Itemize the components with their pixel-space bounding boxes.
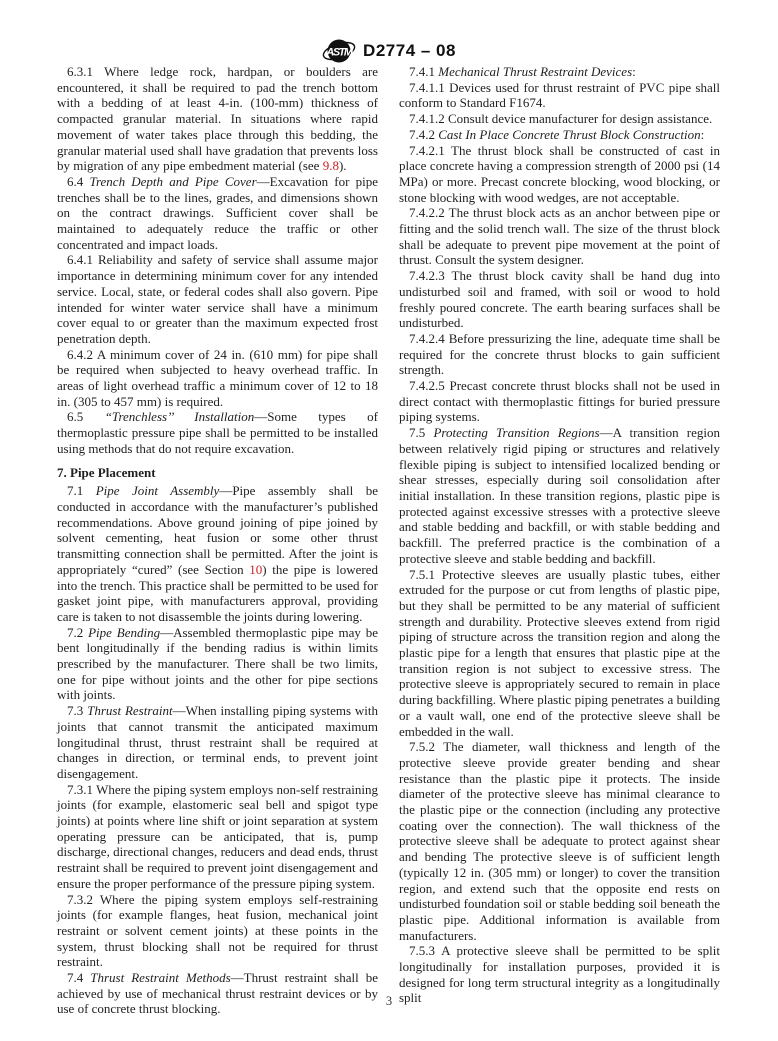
paragraph: 7.4.2.2 The thrust block acts as an anch… <box>399 205 720 268</box>
paragraph: 7.4.2.1 The thrust block shall be constr… <box>399 143 720 206</box>
body-text: 7.4.2.4 Before pressurizing the line, ad… <box>399 331 720 377</box>
clause-title: Protecting Transition Regions <box>433 425 599 440</box>
right-column: 7.4.1 Mechanical Thrust Restraint Device… <box>399 64 720 1017</box>
paragraph: 7.4.2.3 The thrust block cavity shall be… <box>399 268 720 331</box>
body-text: 7.4.2.2 The thrust block acts as an anch… <box>399 205 720 267</box>
paragraph: 7.3 Thrust Restraint—When installing pip… <box>57 703 378 782</box>
paragraph: 7.4.2.4 Before pressurizing the line, ad… <box>399 331 720 378</box>
body-text: : <box>632 64 636 79</box>
paragraph: 7.2 Pipe Bending—Assembled thermoplastic… <box>57 625 378 704</box>
body-text: 6.4.1 Reliability and safety of service … <box>57 252 378 346</box>
body-text: 7.1 <box>67 483 96 498</box>
clause-title: Cast In Place Concrete Thrust Block Cons… <box>438 127 700 142</box>
body-text: 7.4.2.3 The thrust block cavity shall be… <box>399 268 720 330</box>
paragraph: 7.4.1.2 Consult device manufacturer for … <box>399 111 720 127</box>
paragraph: 6.4.2 A minimum cover of 24 in. (610 mm)… <box>57 347 378 410</box>
body-text: 7.4.1.2 Consult device manufacturer for … <box>409 111 712 126</box>
body-text: 7.4 <box>67 970 90 985</box>
document-page: ASTM D2774 – 08 6.3.1 Where ledge rock, … <box>0 0 778 1041</box>
clause-title: Trench Depth and Pipe Cover <box>89 174 256 189</box>
paragraph: 6.4.1 Reliability and safety of service … <box>57 252 378 346</box>
left-column: 6.3.1 Where ledge rock, hardpan, or boul… <box>57 64 378 1017</box>
clause-title: Thrust Restraint Methods <box>90 970 230 985</box>
body-text: 7.5.1 Protective sleeves are usually pla… <box>399 567 720 739</box>
cross-reference-link[interactable]: 10 <box>249 562 262 577</box>
body-text: 7.5 <box>409 425 433 440</box>
body-text: 6.5 <box>67 409 105 424</box>
paragraph: 7.5 Protecting Transition Regions—A tran… <box>399 425 720 566</box>
body-text: 7.4.1 <box>409 64 438 79</box>
paragraph: 7.4.1.1 Devices used for thrust restrain… <box>399 80 720 111</box>
paragraph: 7.1 Pipe Joint Assembly—Pipe assembly sh… <box>57 483 378 624</box>
clause-title: Pipe Joint Assembly <box>96 483 220 498</box>
body-text: ). <box>339 158 347 173</box>
paragraph: 7.4.2.5 Precast concrete thrust blocks s… <box>399 378 720 425</box>
paragraph: 7.4.1 Mechanical Thrust Restraint Device… <box>399 64 720 80</box>
cross-reference-link[interactable]: 9.8 <box>323 158 339 173</box>
clause-title: Thrust Restraint <box>87 703 173 718</box>
two-column-body: 6.3.1 Where ledge rock, hardpan, or boul… <box>57 64 721 1017</box>
paragraph: 6.5 “Trenchless’’ Installation—Some type… <box>57 409 378 456</box>
body-text: 7.4.2 <box>409 127 438 142</box>
paragraph: 7.5.1 Protective sleeves are usually pla… <box>399 567 720 740</box>
body-text: 7.5.2 The diameter, wall thickness and l… <box>399 739 720 942</box>
page-number: 3 <box>386 994 392 1008</box>
body-text: : <box>701 127 705 142</box>
svg-text:ASTM: ASTM <box>325 47 354 59</box>
paragraph: 7.3.1 Where the piping system employs no… <box>57 782 378 892</box>
body-text: 7.4.2.1 The thrust block shall be constr… <box>399 143 720 205</box>
body-text: 7.2 <box>67 625 88 640</box>
body-text: 7.3 <box>67 703 87 718</box>
astm-logo: ASTM <box>322 36 356 66</box>
clause-title: “Trenchless’’ Installation <box>105 409 255 424</box>
body-text: 7.4.2.5 Precast concrete thrust blocks s… <box>399 378 720 424</box>
body-text: 7.3.1 Where the piping system employs no… <box>57 782 378 891</box>
paragraph: 7.3.2 Where the piping system employs se… <box>57 892 378 971</box>
body-text: 6.3.1 Where ledge rock, hardpan, or boul… <box>57 64 378 173</box>
body-text: 7.4.1.1 Devices used for thrust restrain… <box>399 80 720 111</box>
body-text: 7.3.2 Where the piping system employs se… <box>57 892 378 970</box>
clause-title: Pipe Bending <box>88 625 160 640</box>
paragraph: 7.4.2 Cast In Place Concrete Thrust Bloc… <box>399 127 720 143</box>
clause-title: Mechanical Thrust Restraint Devices <box>438 64 632 79</box>
section-heading: 7. Pipe Placement <box>57 465 378 481</box>
page-footer: 3 <box>0 994 778 1009</box>
paragraph: 6.4 Trench Depth and Pipe Cover—Excavati… <box>57 174 378 253</box>
paragraph: 6.3.1 Where ledge rock, hardpan, or boul… <box>57 64 378 174</box>
body-text: 6.4 <box>67 174 89 189</box>
page-header: ASTM D2774 – 08 <box>0 34 778 68</box>
body-text: 6.4.2 A minimum cover of 24 in. (610 mm)… <box>57 347 378 409</box>
paragraph: 7.5.2 The diameter, wall thickness and l… <box>399 739 720 943</box>
document-code: D2774 – 08 <box>363 41 456 61</box>
body-text: —A transition region between relatively … <box>399 425 720 566</box>
